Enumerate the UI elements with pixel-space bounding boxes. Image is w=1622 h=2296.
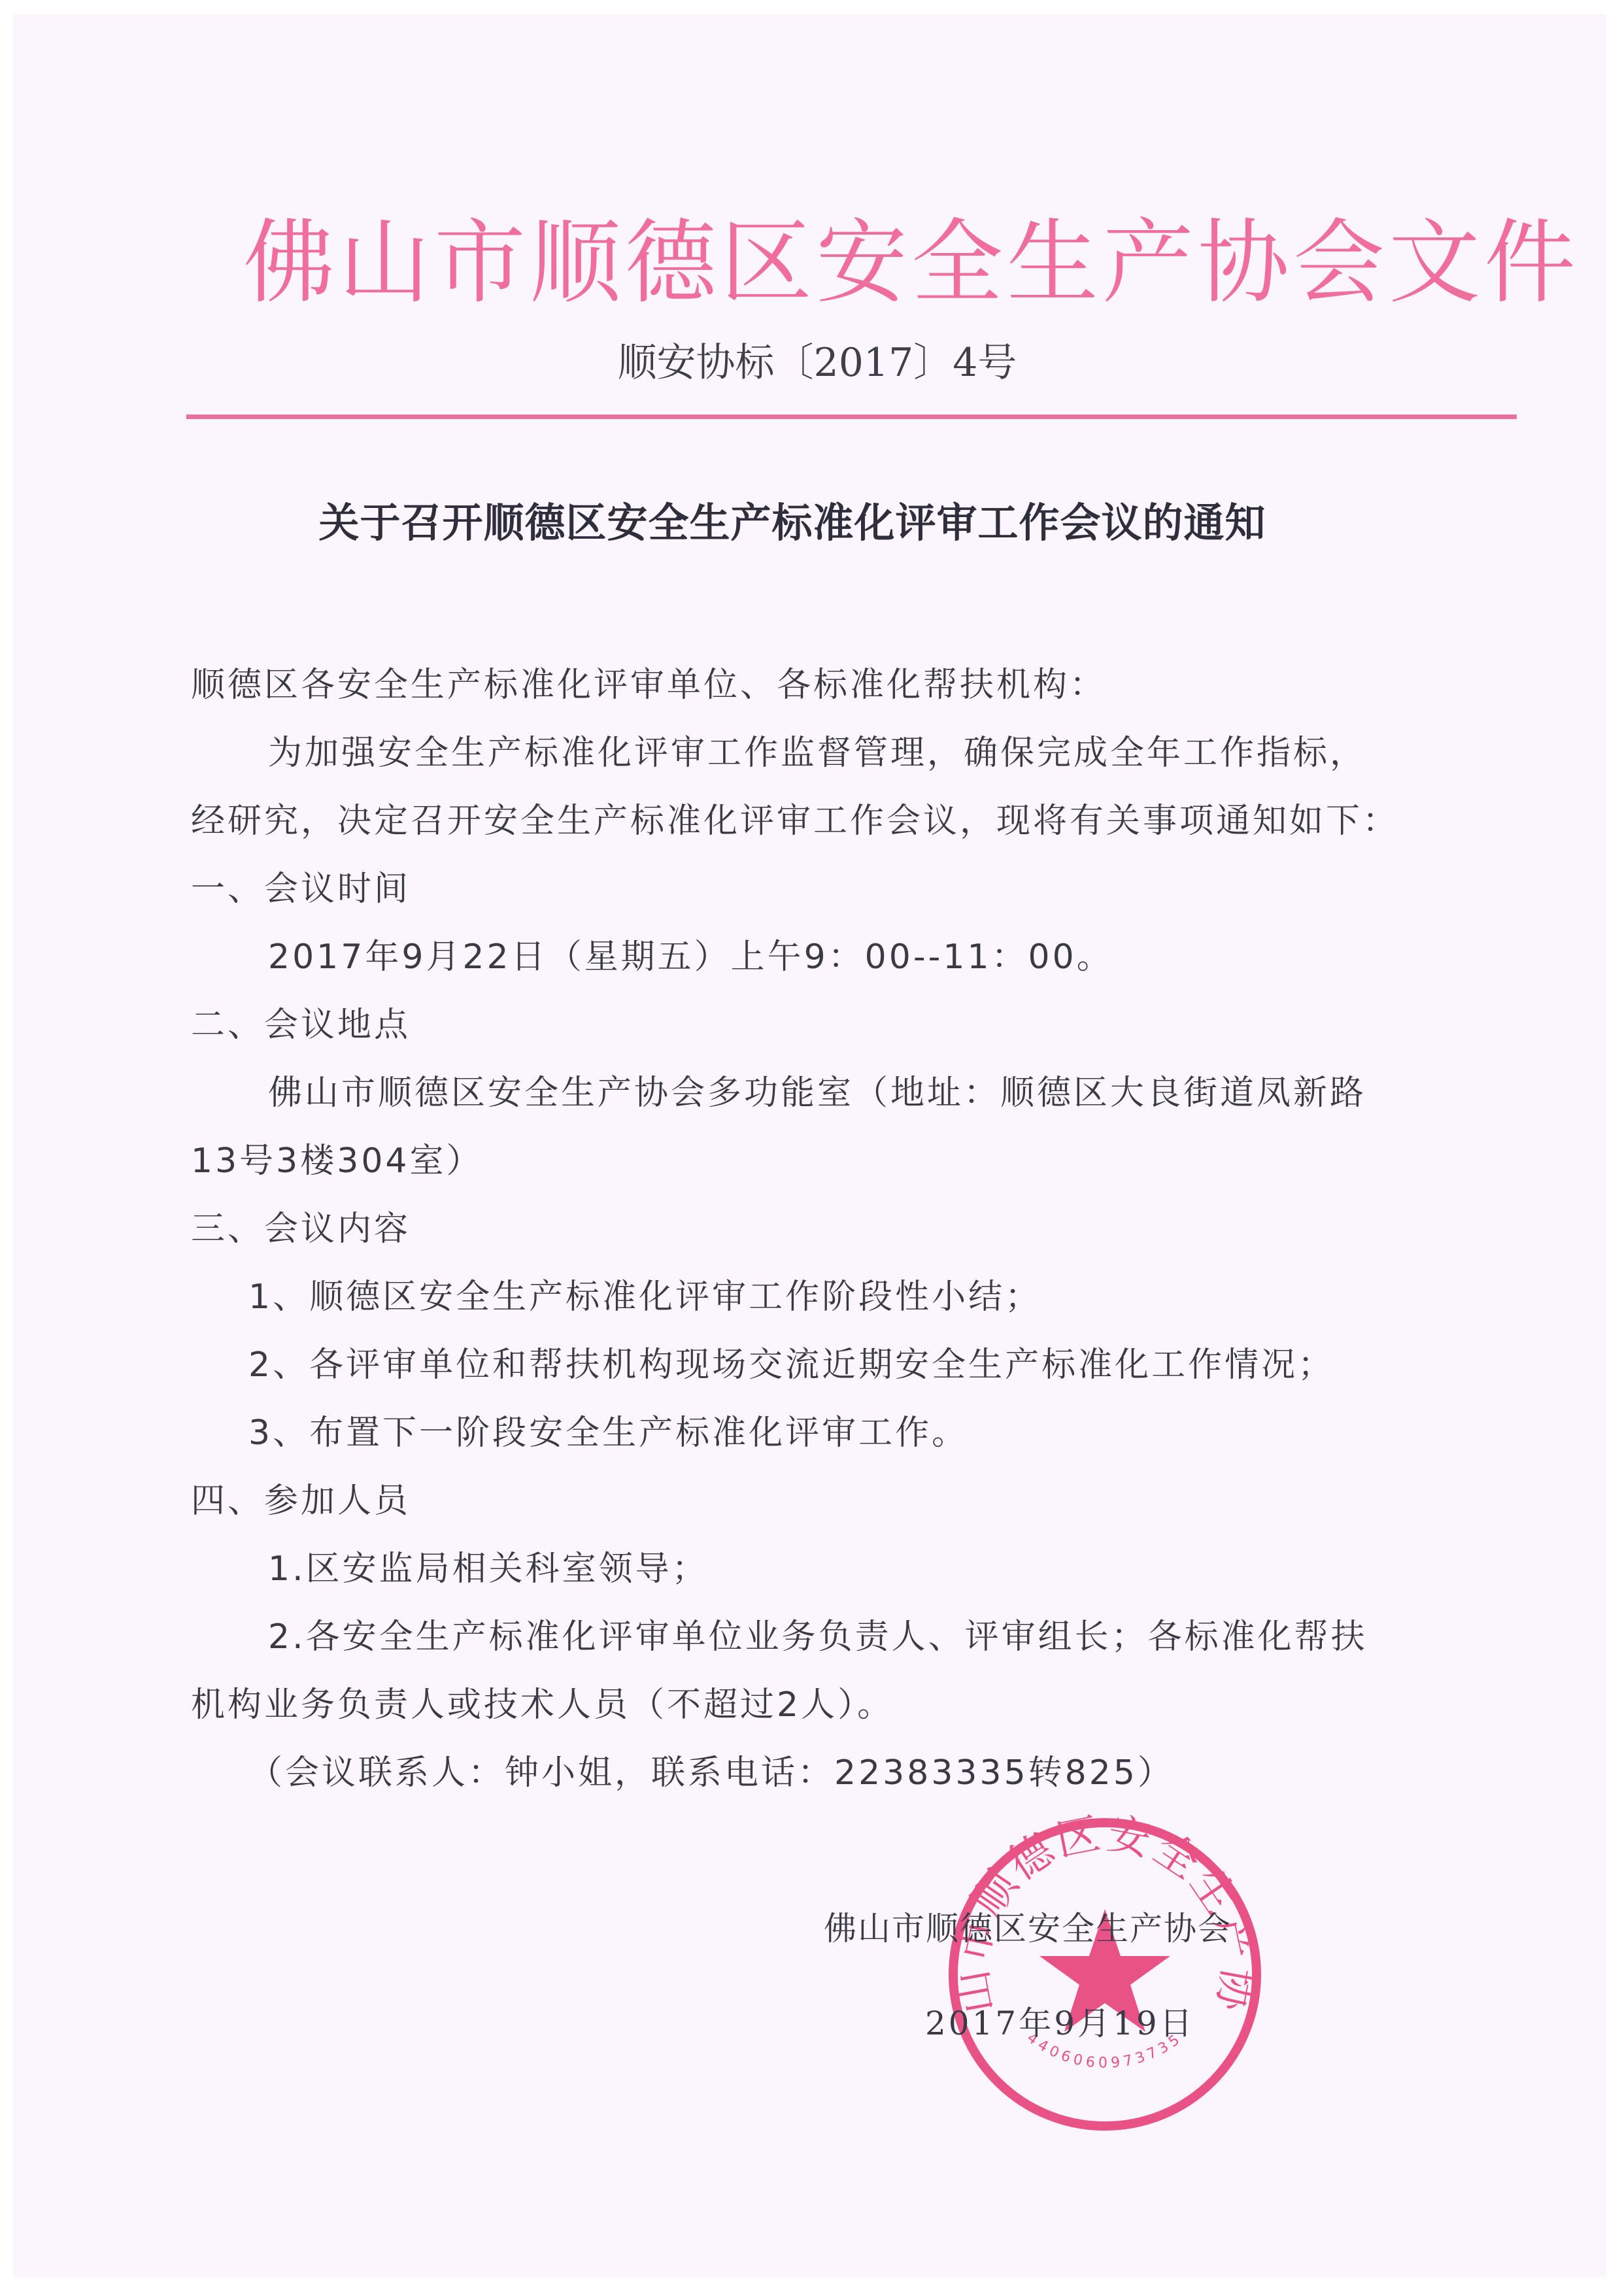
agenda-item-1: 1、顺德区安全生产标准化评审工作阶段性小结；: [248, 1274, 1041, 1320]
agenda-item-3: 3、布置下一阶段安全生产标准化评审工作。: [248, 1410, 968, 1456]
signature-organization: 佛山市顺德区安全生产协会: [824, 1906, 1232, 1951]
meeting-time: 2017年9月22日（星期五）上午9：00--11：00。: [268, 934, 1113, 980]
agenda-item-2: 2、各评审单位和帮扶机构现场交流近期安全生产标准化工作情况；: [248, 1342, 1334, 1388]
attendee-item-1: 1.区安监局相关科室领导；: [268, 1546, 709, 1592]
official-seal-icon: 佛山市顺德区安全生产协会 4406060973735: [941, 1811, 1268, 2138]
salutation: 顺德区各安全生产标准化评审单位、各标准化帮扶机构：: [191, 662, 1106, 708]
attendee-item-2-line-1: 2.各安全生产标准化评审单位业务负责人、评审组长；各标准化帮扶: [268, 1614, 1368, 1660]
letterhead-title: 佛山市顺德区安全生产协会文件: [243, 208, 1381, 319]
meeting-location-line-1: 佛山市顺德区安全生产协会多功能室（地址：顺德区大良街道凤新路: [268, 1070, 1366, 1116]
document-title: 关于召开顺德区安全生产标准化评审工作会议的通知: [197, 497, 1387, 549]
attendee-item-2-line-2: 机构业务负责人或技术人员（不超过2人）。: [191, 1682, 894, 1728]
section-heading-time: 一、会议时间: [191, 866, 411, 912]
meeting-location-line-2: 13号3楼304室）: [191, 1138, 483, 1184]
section-heading-attendees: 四、参加人员: [191, 1478, 411, 1524]
contact-info: （会议联系人：钟小姐，联系电话：22383335转825）: [248, 1750, 1174, 1796]
section-heading-content: 三、会议内容: [191, 1206, 411, 1252]
document-number: 顺安协标〔2017〕4号: [588, 337, 1046, 389]
intro-paragraph-line-2: 经研究，决定召开安全生产标准化评审工作会议，现将有关事项通知如下：: [191, 798, 1399, 844]
section-heading-location: 二、会议地点: [191, 1002, 411, 1048]
letterhead-divider: [186, 414, 1517, 419]
signature-date: 2017年9月19日: [925, 2001, 1195, 2046]
intro-paragraph-line-1: 为加强安全生产标准化评审工作监督管理，确保完成全年工作指标，: [268, 730, 1366, 776]
